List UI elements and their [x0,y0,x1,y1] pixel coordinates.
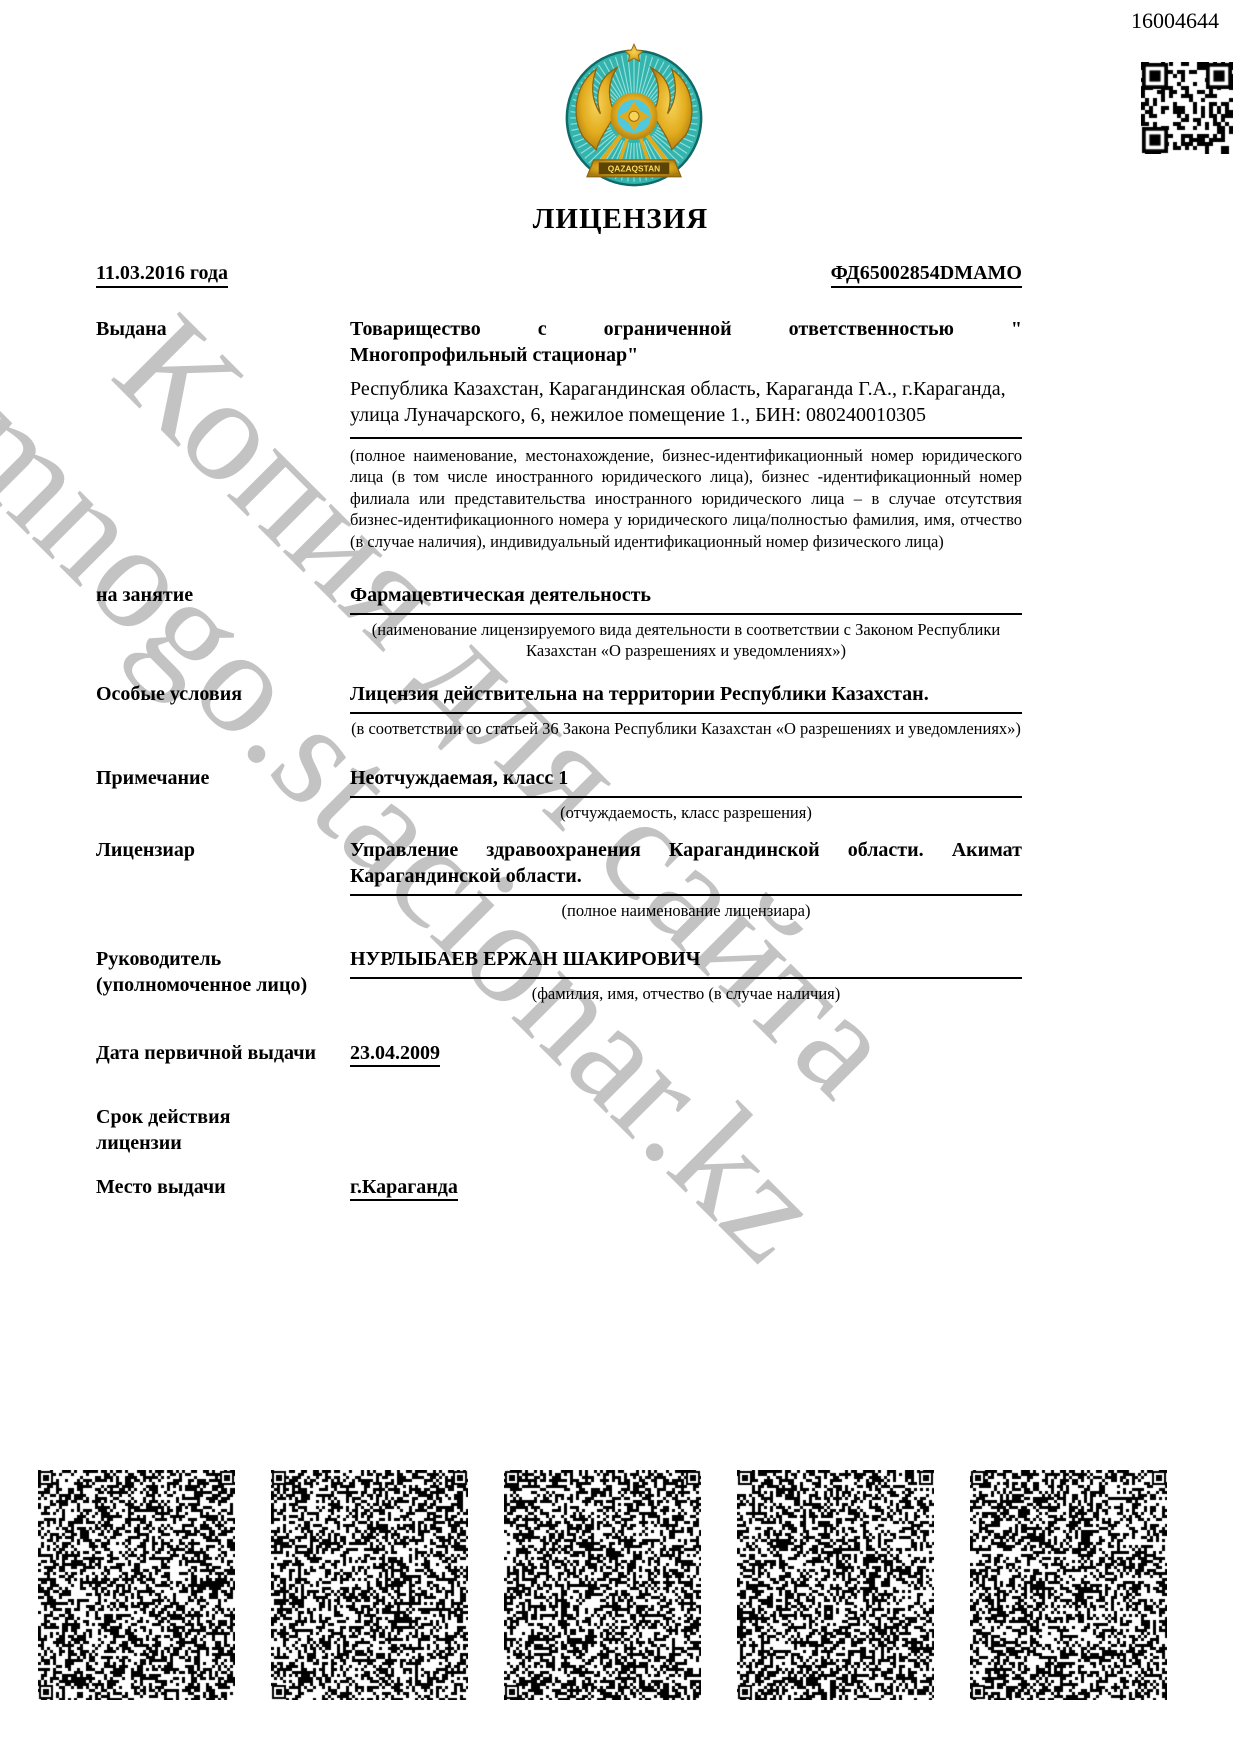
field-licensor: Лицензиар Управление здравоохранения Кар… [96,837,1022,921]
field-footnote: (наименование лицензируемого вида деятел… [350,619,1022,661]
field-label-line1: Руководитель [96,946,350,972]
barcode-strip [38,1470,1167,1700]
licensor-value-line1: Управление здравоохранения Карагандинско… [350,837,1022,863]
field-label: Примечание [96,765,350,791]
field-special-conditions: Особые условия Лицензия действительна на… [96,681,1022,739]
date-and-number-row: 11.03.2016 года ФД65002854DMAMO [96,262,1022,288]
field-label: Дата первичной выдачи [96,1040,350,1066]
organization-address: Республика Казахстан, Карагандинская обл… [350,376,1022,429]
field-first-issue-date: Дата первичной выдачи 23.04.2009 [96,1040,1022,1066]
field-issued-to: Выдана Товарищество с ограниченной ответ… [96,316,1022,552]
place-of-issue-value: г.Караганда [350,1176,458,1201]
barcode-noise-block [737,1470,934,1700]
field-footnote: (в соответствии со статьей 36 Закона Рес… [350,718,1022,739]
field-footnote: (полное наименование, местонахождение, б… [350,437,1022,552]
field-label: Лицензиар [96,837,350,863]
barcode-noise-block [970,1470,1167,1700]
field-label: Место выдачи [96,1174,350,1200]
field-validity-period: Срок действия лицензии [96,1104,1022,1156]
license-body: 11.03.2016 года ФД65002854DMAMO Выдана Т… [96,262,1022,1200]
field-place-of-issue: Место выдачи г.Караганда [96,1174,1022,1200]
field-footnote: (полное наименование лицензиара) [350,900,1022,921]
field-label: Выдана [96,316,350,342]
field-label-line2: (уполномоченное лицо) [96,972,350,998]
barcode-noise-block [38,1470,235,1700]
issue-date: 11.03.2016 года [96,262,228,288]
field-activity: на занятие Фармацевтическая деятельность… [96,582,1022,661]
field-label: на занятие [96,582,350,608]
license-number: ФД65002854DMAMO [831,262,1022,288]
field-label: Особые условия [96,681,350,707]
field-label-line1: Срок действия [96,1104,350,1130]
document-number: 16004644 [1131,8,1219,34]
field-footnote: (отчуждаемость, класс разрешения) [350,802,1022,823]
field-label-line2: лицензии [96,1130,350,1156]
emblem-banner-text: QAZAQSTAN [607,164,659,174]
field-footnote: (фамилия, имя, отчество (в случае наличи… [350,983,1022,1004]
activity-value: Фармацевтическая деятельность [350,582,1022,615]
barcode-noise-block [504,1470,701,1700]
special-conditions-value: Лицензия действительна на территории Рес… [350,681,1022,714]
field-remark: Примечание Неотчуждаемая, класс 1 (отчуж… [96,765,1022,823]
qr-code [1141,62,1233,154]
field-head: Руководитель (уполномоченное лицо) НУРЛЫ… [96,946,1022,1004]
page-title: ЛИЦЕНЗИЯ [0,203,1241,236]
barcode-noise-block [271,1470,468,1700]
licensor-value-line2: Карагандинской области. [350,863,1022,889]
organization-name-line1: Товарищество с ограниченной ответственно… [350,316,1022,342]
head-name-value: НУРЛЫБАЕВ ЕРЖАН ШАКИРОВИЧ [350,946,1022,979]
kazakhstan-coat-of-arms-icon: QAZAQSTAN [550,34,718,201]
remark-value: Неотчуждаемая, класс 1 [350,765,1022,798]
organization-name-line2: Многопрофильный стационар" [350,342,1022,368]
first-issue-date-value: 23.04.2009 [350,1042,440,1067]
